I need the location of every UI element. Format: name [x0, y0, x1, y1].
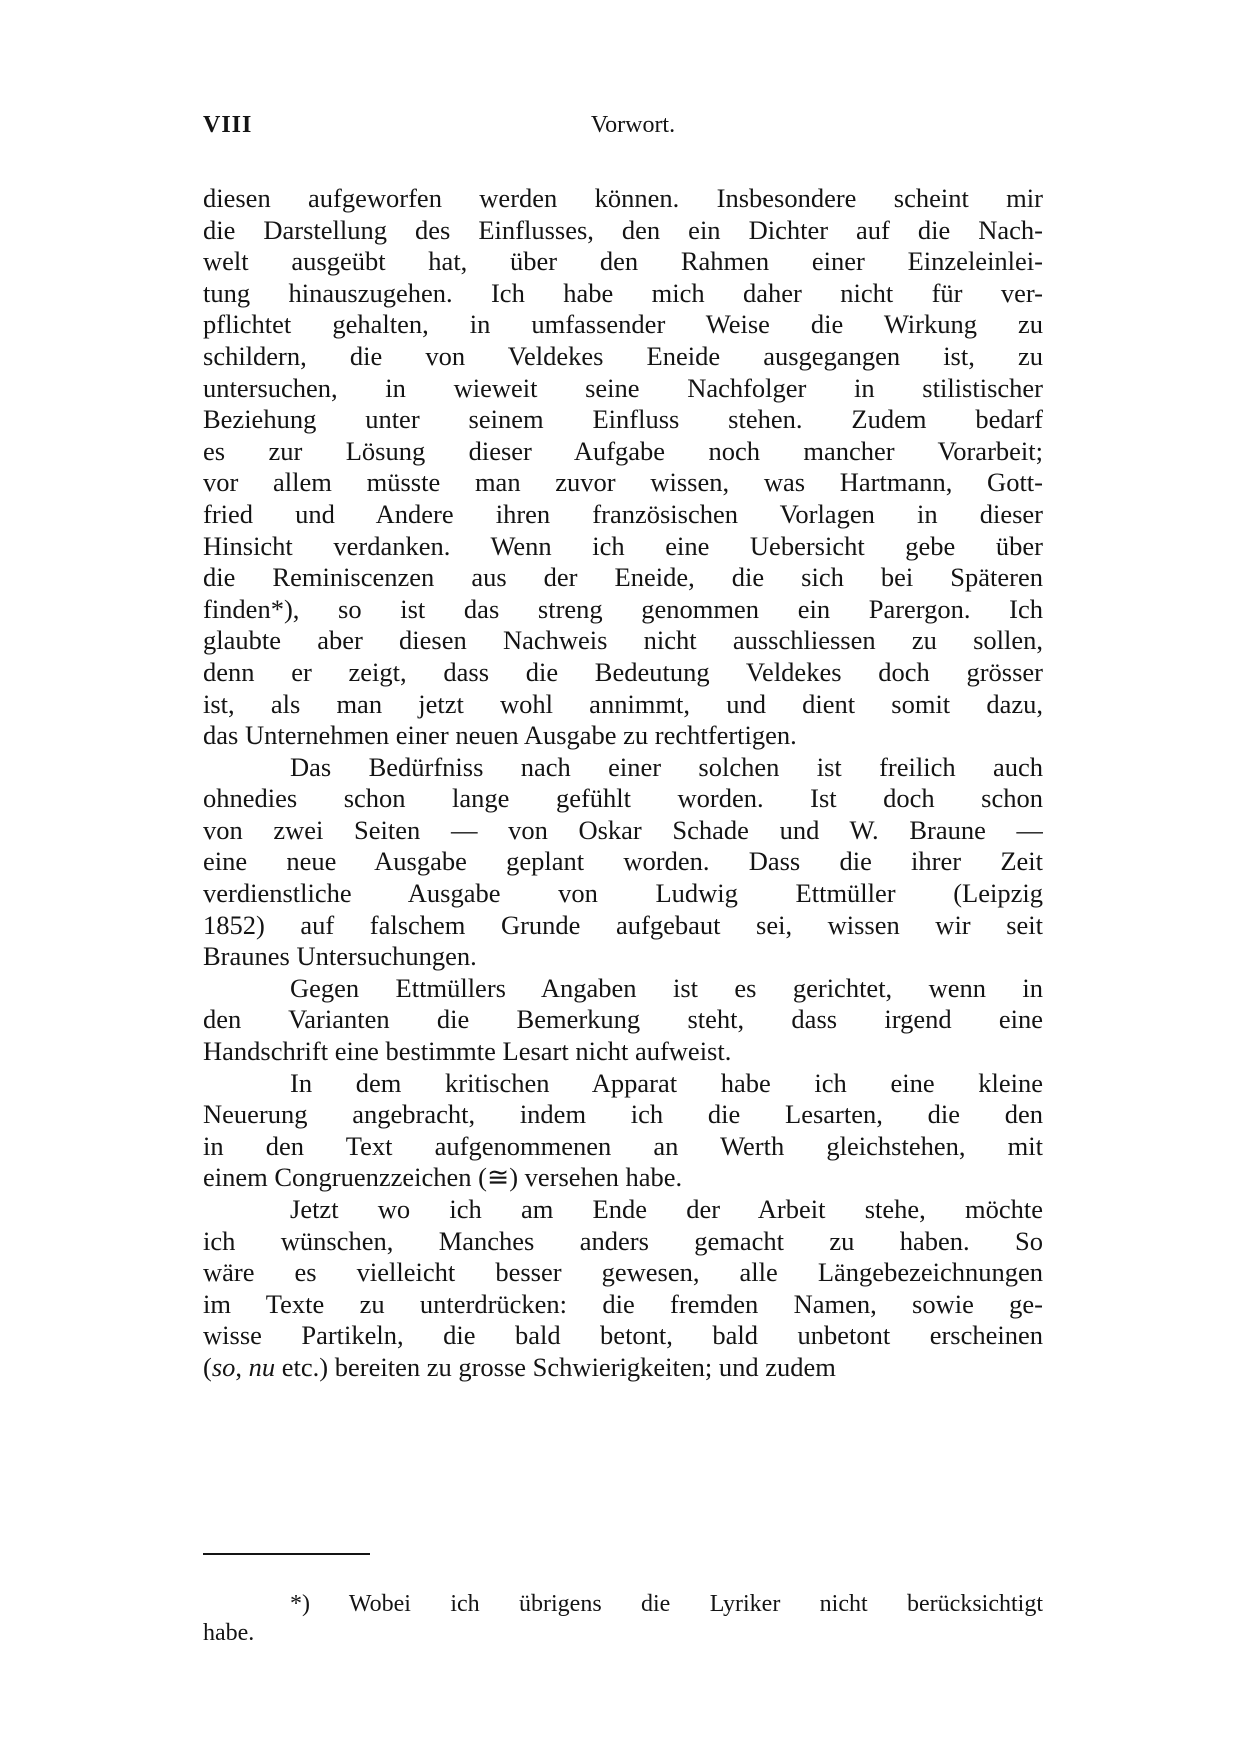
- text-line: finden*), so ist das streng genommen ein…: [203, 594, 1043, 626]
- text-line: ohnedies schon lange gefühlt worden. Ist…: [203, 783, 1043, 815]
- footnote-separator: [203, 1553, 370, 1555]
- body-text: diesen aufgeworfen werden können. Insbes…: [203, 183, 1043, 1384]
- text-line: denn er zeigt, dass die Bedeutung Veldek…: [203, 657, 1043, 689]
- final-line-rest: etc.) bereiten zu grosse Schwierigkeiten…: [275, 1352, 836, 1382]
- footnote: *) Wobei ich übrigens die Lyriker nicht …: [203, 1590, 1043, 1648]
- text-line: vor allem müsste man zuvor wissen, was H…: [203, 467, 1043, 499]
- running-title: Vorwort.: [203, 112, 1043, 139]
- italic-word-so: so: [212, 1352, 236, 1382]
- footnote-line-1: *) Wobei ich übrigens die Lyriker nicht …: [203, 1590, 1043, 1619]
- text-line: untersuchen, in wieweit seine Nachfolger…: [203, 373, 1043, 405]
- running-head: VIII Vorwort.: [203, 112, 1043, 142]
- text-line: es zur Lösung dieser Aufgabe noch manche…: [203, 436, 1043, 468]
- text-line: tung hinauszugehen. Ich habe mich daher …: [203, 278, 1043, 310]
- text-line: Handschrift eine bestimmte Lesart nicht …: [203, 1036, 1043, 1068]
- text-line: Gegen Ettmüllers Angaben ist es gerichte…: [203, 973, 1043, 1005]
- text-line: welt ausgeübt hat, über den Rahmen einer…: [203, 246, 1043, 278]
- text-line: pflichtet gehalten, in umfassender Weise…: [203, 309, 1043, 341]
- text-line: den Varianten die Bemerkung steht, dass …: [203, 1004, 1043, 1036]
- text-line: In dem kritischen Apparat habe ich eine …: [203, 1068, 1043, 1100]
- text-line: die Reminiscenzen aus der Eneide, die si…: [203, 562, 1043, 594]
- text-line: verdienstliche Ausgabe von Ludwig Ettmül…: [203, 878, 1043, 910]
- text-line: Neuerung angebracht, indem ich die Lesar…: [203, 1099, 1043, 1131]
- document-page: VIII Vorwort. diesen aufgeworfen werden …: [0, 0, 1241, 1754]
- footnote-line-2: habe.: [203, 1619, 1043, 1648]
- text-line: 1852) auf falschem Grunde aufgebaut sei,…: [203, 910, 1043, 942]
- text-line: Braunes Untersuchungen.: [203, 941, 1043, 973]
- text-line: schildern, die von Veldekes Eneide ausge…: [203, 341, 1043, 373]
- text-line: in den Text aufgenommenen an Werth gleic…: [203, 1131, 1043, 1163]
- text-line: ist, als man jetzt wohl annimmt, und die…: [203, 689, 1043, 721]
- text-line: die Darstellung des Einflusses, den ein …: [203, 215, 1043, 247]
- text-line: wisse Partikeln, die bald betont, bald u…: [203, 1320, 1043, 1352]
- text-line: diesen aufgeworfen werden können. Insbes…: [203, 183, 1043, 215]
- text-line: Hinsicht verdanken. Wenn ich eine Uebers…: [203, 531, 1043, 563]
- text-line-final: (so, nu etc.) bereiten zu grosse Schwier…: [203, 1352, 1043, 1384]
- text-line: im Texte zu unterdrücken: die fremden Na…: [203, 1289, 1043, 1321]
- text-line: ich wünschen, Manches anders gemacht zu …: [203, 1226, 1043, 1258]
- text-line: von zwei Seiten — von Oskar Schade und W…: [203, 815, 1043, 847]
- text-line: das Unternehmen einer neuen Ausgabe zu r…: [203, 720, 1043, 752]
- paren: (: [203, 1352, 212, 1382]
- text-line: fried und Andere ihren französischen Vor…: [203, 499, 1043, 531]
- text-line: einem Congruenzzeichen (≅) versehen habe…: [203, 1162, 1043, 1194]
- text-line: wäre es vielleicht besser gewesen, alle …: [203, 1257, 1043, 1289]
- text-line: Jetzt wo ich am Ende der Arbeit stehe, m…: [203, 1194, 1043, 1226]
- italic-word-nu: nu: [249, 1352, 276, 1382]
- text-line: eine neue Ausgabe geplant worden. Dass d…: [203, 846, 1043, 878]
- text-line: Beziehung unter seinem Einfluss stehen. …: [203, 404, 1043, 436]
- text-line: Das Bedürfniss nach einer solchen ist fr…: [203, 752, 1043, 784]
- comma: ,: [235, 1352, 248, 1382]
- text-line: glaubte aber diesen Nachweis nicht aussc…: [203, 625, 1043, 657]
